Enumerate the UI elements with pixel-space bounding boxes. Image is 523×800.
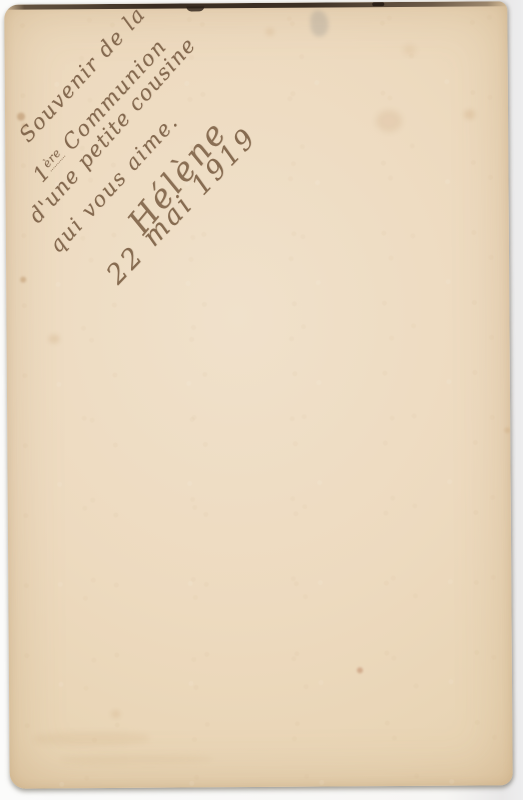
age-spot [111, 710, 120, 718]
age-spot [404, 45, 416, 55]
age-stain [376, 110, 402, 132]
pencil-smudge [310, 11, 328, 37]
card-edge-mark [372, 2, 384, 6]
age-spot [357, 667, 363, 673]
card-top-edge [4, 1, 507, 10]
card-edge-notch [186, 6, 204, 11]
age-spot [49, 334, 60, 343]
age-streak [34, 732, 149, 746]
age-spot [20, 277, 26, 283]
postcard-back: Souvenir de la 1ère Communion d'une peti… [4, 1, 512, 788]
age-spot [504, 427, 510, 433]
age-spot [265, 28, 274, 36]
age-streak [62, 754, 212, 764]
scan-background: Souvenir de la 1ère Communion d'une peti… [0, 0, 523, 800]
age-spot [464, 109, 475, 119]
